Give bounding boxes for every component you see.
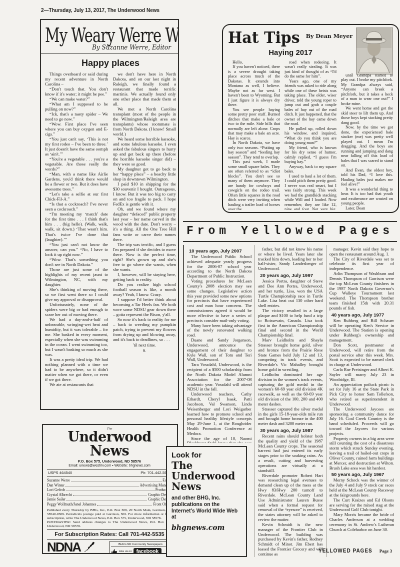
body-paragraph: You see people haying some pretty poor s…	[228, 107, 280, 140]
body-paragraph: In North Dakota, we have only two season…	[228, 141, 280, 160]
facebook-badge-row: Like us on facebook	[111, 548, 170, 554]
centered-line: 'til next time.	[113, 342, 176, 347]
body-paragraph: Kevin Schmidt is the new manager of the …	[258, 522, 323, 556]
facebook-badge: BHG's ND Community Newspapers Like us on…	[109, 541, 172, 554]
body-paragraph: Marv Leidholm and Shayla Strasser brough…	[258, 338, 323, 372]
body-paragraph: “Man, with a name like Airlie Gardens, y…	[45, 172, 108, 192]
yellowed-pages-page-ref: Page 3	[379, 549, 392, 554]
body-paragraph: If you haven't noticed, there is a sever…	[228, 65, 280, 108]
subscription-rates-line: For Subscription Rates: Call 701-442-553…	[47, 530, 172, 540]
body-paragraph: Many have been taking advantage of the n…	[187, 323, 252, 338]
ndna-logo: NDNA NORTH DAKOTA NEWSPAPER ASSOCIATION	[47, 541, 107, 554]
body-paragraph: The City of Riverdale was set to celebra…	[329, 257, 394, 272]
body-paragraph: I suppose I'd better think about becomin…	[113, 297, 176, 317]
body-paragraph: We heard some horrible karaoke, and some…	[113, 137, 176, 167]
body-paragraph: Don Scott, postmaster at Underwood, will…	[329, 343, 394, 368]
body-paragraph: Property owners in a big area were still…	[329, 436, 394, 470]
hat-tips-inner: Hat Tips By Dean Meyer Haying 2017	[223, 25, 398, 213]
body-paragraph: “I'm meeting my ‘match’ date for the fir…	[45, 212, 108, 242]
dotted-leader	[97, 505, 152, 506]
body-paragraph: Riverdale promoter Robert Hart was resea…	[258, 473, 323, 522]
masthead-inner: The Underwood News P.O. Box 575, Underwo…	[43, 425, 176, 554]
body-paragraph: We ate at restaurants that	[45, 382, 108, 387]
hat-tips-column-2: road when rodeoing. It wasn't really ste…	[285, 60, 337, 210]
folio-text: 2—Thursday, July 13, 2017, The Underwood…	[41, 8, 371, 14]
werre-columns: Things overheard or said during my recen…	[45, 72, 176, 396]
hat-tips-title: Hat Tips	[228, 29, 300, 48]
yellowed-column-1-text: 10 years ago, July 2007The Underwood Pub…	[187, 247, 252, 443]
body-paragraph: It was a wonderful thing to hear. It is …	[341, 187, 393, 206]
thumbs-up-icon	[111, 549, 118, 554]
body-paragraph: Anyway, back to my square bales.	[285, 164, 337, 173]
yellowed-column-3: manager. Kevin said they hope to open th…	[326, 245, 397, 557]
body-paragraph: I paid $10 in shipping for the $30 souve…	[113, 182, 176, 207]
body-paragraph: Carla Rae Preisinger and Albert K. Sayle…	[329, 368, 394, 383]
ndna-wordmark: NDNA	[47, 540, 81, 554]
body-paragraph: Duane and Sandy Jorgenson, Underwood, an…	[187, 338, 252, 363]
promo-body-text: and other BHG, Inc. publications on the …	[172, 495, 244, 521]
facebook-badge-header: BHG's ND Community Newspapers	[111, 543, 170, 547]
body-paragraph: This past week, I made some small square…	[228, 160, 280, 210]
hat-tips-column-1: Hello,If you haven't noticed, there is a…	[228, 60, 280, 210]
body-paragraph: She's thinking of moving there, so we fi…	[45, 287, 108, 302]
body-paragraph: Tara Vossdahl, Underwood, is the recipie…	[187, 363, 252, 392]
body-paragraph: Later, Dean	[341, 206, 393, 210]
like-us-on-label: Like us on	[119, 550, 132, 553]
body-paragraph: Arlin Thompson of Washburn and Dennis Th…	[329, 272, 394, 311]
body-paragraph: The trip was terrific, and I guess I'm p…	[113, 242, 176, 272]
masthead-logos-row: NDNA NORTH DAKOTA NEWSPAPER ASSOCIATION …	[47, 541, 172, 554]
yellowed-pages-continued: YELLOWED PAGES Page 3	[319, 549, 392, 555]
dotted-leader	[66, 486, 139, 487]
body-paragraph: “Don't touch that. You don't know if it'…	[45, 87, 108, 97]
body-paragraph: Things overheard or said during my recen…	[45, 72, 108, 87]
masthead-address: P.O. Box 575, Underwood, ND 58576	[47, 459, 172, 464]
body-paragraph: The victory resulted in a large plaque a…	[258, 309, 323, 338]
body-paragraph: My friend, who is known for his dry sens…	[285, 145, 337, 164]
werre-column-article: My Weary Werre World By Suzanne Werre, E…	[40, 19, 179, 410]
dotted-leader	[67, 500, 147, 501]
body-paragraph: “Is that a cockroach? I've never seen a …	[45, 202, 108, 212]
dotted-leader	[73, 495, 147, 496]
werre-column-2: we don't have here in North Dakota, and …	[113, 72, 176, 396]
hat-tips-column-3: until Grandpa started to play out. I bro…	[341, 73, 393, 210]
body-paragraph: Underwood teachers, Cathy Erhardt, Chery…	[187, 392, 252, 436]
body-paragraph: An appreciation potluck picnic is set fo…	[329, 382, 394, 407]
staff-name: Peggy Wollmuth/Janel Johannes	[47, 502, 96, 507]
yellowed-column-2: father, but did not know his name or whe…	[255, 245, 326, 557]
author-photo	[356, 28, 393, 75]
body-paragraph: “You just can't not know the answer, can…	[45, 242, 108, 257]
body-paragraph: Voting procedures for McLean County's 20…	[187, 279, 252, 323]
yellowed-pages-banner: From Yellowed Pages	[183, 221, 397, 242]
werre-article-inner: My Weary Werre World By Suzanne Werre, E…	[41, 20, 179, 410]
body-paragraph: “Ick, that's a nasty spider – We need to…	[45, 112, 108, 122]
body-paragraph: The Underwood Jaycees are sponsoring a c…	[329, 407, 394, 436]
body-paragraph: Mary Morris became the bride of Charles …	[329, 513, 394, 533]
promo-paper-name: The Underwood News	[172, 461, 240, 493]
body-paragraph: Strasser captured the silver medal in th…	[258, 407, 323, 427]
body-paragraph: We met a North Carolina transplant (most…	[113, 107, 176, 137]
body-paragraph: My daughter got to go back to her “happy…	[113, 167, 176, 182]
body-paragraph: “Let's take a selfie at our first Chick-…	[45, 192, 108, 202]
body-paragraph: Merny Schock was the winner of the July …	[329, 478, 394, 498]
body-paragraph: Years ago, one of my friends was asked t…	[285, 79, 337, 126]
body-paragraph: “You're a vegetable . . . you're a veget…	[45, 157, 108, 172]
werre-masthead-title: My Weary Werre World	[45, 23, 176, 49]
masthead-box: The Underwood News P.O. Box 575, Underwo…	[42, 424, 178, 554]
newspaper-page: 2—Thursday, July 13, 2017, The Underwood…	[0, 0, 400, 567]
body-paragraph: manager. Kevin said they hope to open th…	[329, 247, 394, 257]
body-paragraph: We had a day-and-a-half of unbearable, w…	[45, 317, 108, 357]
body-paragraph: Leidholm dominated her age division in t…	[258, 372, 323, 406]
body-paragraph: He pulled up, rolled down his window, an…	[285, 126, 337, 145]
body-paragraph: “What am I supposed to be pulling on now…	[45, 102, 108, 112]
werre-headline: Happy places	[45, 58, 176, 69]
facebook-logo: facebook	[133, 548, 161, 554]
body-paragraph: Those are just some of the highlights of…	[45, 267, 108, 287]
body-paragraph: road when rodeoing. It wasn't really ste…	[285, 60, 337, 79]
dean-meyer-portrait	[357, 28, 392, 73]
body-paragraph: It was a pretty ideal trip. We had nothi…	[45, 357, 108, 382]
usps-number: USPS 464540	[48, 471, 72, 476]
body-paragraph: Now, by the time we got done, the experi…	[341, 125, 393, 168]
staff-row: Peggy Wollmuth/Janel JohannesFront Offic…	[47, 502, 172, 507]
postmaster-notice: POSTMASTER: Send address changes to The …	[47, 520, 172, 528]
hat-tips-byline: By Dean Meyer	[306, 33, 353, 40]
body-paragraph: We went home and got the skid steer to l…	[341, 106, 393, 125]
hat-tips-header: Hat Tips By Dean Meyer	[228, 29, 393, 49]
body-paragraph: Oh, and we found where my daughter “defa…	[113, 207, 176, 242]
body-paragraph: “Wow. First place I've seen where you ca…	[45, 122, 108, 137]
dotted-leader	[66, 491, 154, 492]
masthead-contact: Email: unews@westriv.com • Website: bhgn…	[47, 464, 172, 468]
body-paragraph: Jessica Portra, daughter of Steve and De…	[258, 279, 323, 308]
body-paragraph: I, however, will be staying here, gettin…	[113, 272, 176, 282]
staff-list: Suzanne WerreEditorDan WinterAdvertising…	[47, 478, 172, 507]
website-promo-box: Look for The Underwood News and other BH…	[166, 446, 247, 557]
yellowed-pages-tag: YELLOWED PAGES	[319, 548, 373, 554]
website-promo-inner: Look for The Underwood News and other BH…	[167, 447, 247, 557]
body-paragraph: The Underwood Public School achieved ade…	[187, 255, 252, 280]
promo-website-url: bhgnews.com	[172, 524, 244, 532]
body-paragraph: father, but did not know his name or whe…	[258, 247, 323, 272]
body-paragraph: Since the age of 10, Naomi Blackhurst St…	[187, 436, 252, 443]
body-paragraph: until Grandpa started to play out. I bro…	[341, 73, 393, 106]
body-paragraph: So now it's back to reality for me – bac…	[113, 317, 176, 342]
hat-tips-headline: Haying 2017	[228, 49, 353, 58]
body-paragraph: “Wow. That's something you don't see in …	[45, 257, 108, 267]
legal-text: Published every Thursday by BHG, Inc., P…	[47, 508, 172, 528]
body-paragraph: The Curt Kraizes and Ed Olsons are servi…	[329, 498, 394, 513]
yellowed-pages-banner-text: From Yellowed Pages	[183, 222, 397, 240]
body-paragraph: Do you realize high school football seas…	[113, 282, 176, 297]
centered-line: S.	[113, 348, 176, 353]
body-paragraph: I used to haul a lot of them. I could pi…	[285, 174, 337, 210]
masthead-title: Underwood News	[47, 431, 172, 459]
hat-tips-article: Hat Tips By Dean Meyer Haying 2017	[222, 24, 399, 213]
werre-column-1: Things overheard or said during my recen…	[45, 72, 108, 396]
wheat-icon	[83, 542, 96, 553]
hat-tips-columns: Hello,If you haven't noticed, there is a…	[228, 60, 393, 210]
body-paragraph: Ken Ruhberg and Bill Schauer will be ope…	[329, 318, 394, 343]
masthead-usps-row: USPS 464540 Ph: 701-442-5535	[47, 469, 172, 477]
body-paragraph: Unfortunately, none of the spiders were …	[45, 302, 108, 317]
dotted-leader	[71, 481, 162, 482]
promo-lead-text: Look for	[172, 451, 244, 460]
body-paragraph: we don't have here in North Dakota, and …	[113, 72, 176, 107]
body-paragraph: And Evan, the oldest boy, told his Dad, …	[341, 168, 393, 187]
publication-notice: Published every Thursday by BHG, Inc., P…	[47, 508, 172, 520]
body-paragraph: Recent rains should bolster both the qua…	[258, 434, 323, 473]
masthead-rule	[41, 54, 179, 55]
body-paragraph: “You just can't say, ‘This is not my fir…	[45, 137, 108, 157]
